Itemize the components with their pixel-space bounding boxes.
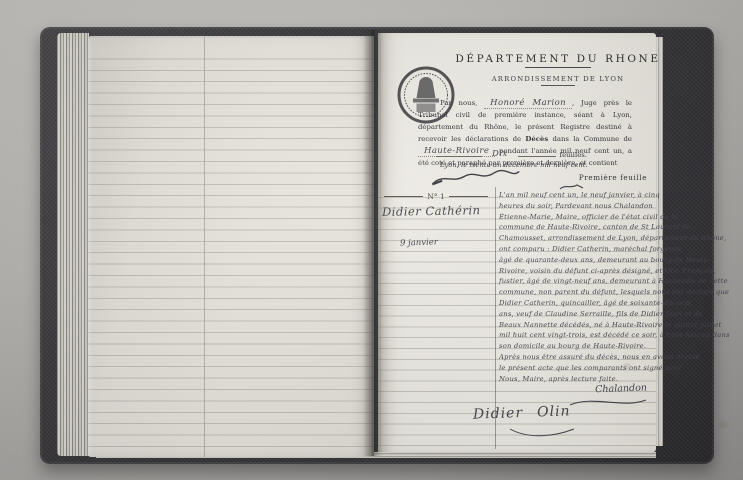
paper-stain	[623, 363, 631, 369]
paper-stain	[718, 421, 728, 428]
right-page-content: DÉPARTEMENT DU RHONE ARRONDISSEMENT DE L…	[378, 33, 656, 452]
sheet-count-row: Dix feuilles.	[436, 149, 587, 159]
act-lines: L'an mil neuf cent un, le neuf janvier, …	[499, 190, 651, 384]
judge-name-handwritten: Honoré Marion	[484, 98, 572, 109]
act-line: Didier Catherin, quincailler, âgé de soi…	[499, 298, 651, 309]
declarant-signature-2: Olin	[537, 403, 571, 420]
act-line: son domicile au bourg de Haute-Rivoire.	[499, 341, 651, 352]
act-line: Rivoire, voisin du défunt ci-après désig…	[499, 266, 651, 277]
act-line: heures du soir, Pardevant nous Chalandon	[499, 201, 651, 212]
act-line: Beaux Nannette décédés, né à Haute-Rivoi…	[499, 320, 651, 331]
department-underline	[525, 67, 591, 68]
act-line: L'an mil neuf cent un, le neuf janvier, …	[499, 190, 651, 201]
correction-mark-icon	[559, 183, 585, 191]
arrondissement-underline	[541, 85, 575, 86]
declarant-signature-tail-icon	[508, 425, 578, 439]
feuilles-word: feuilles.	[560, 151, 587, 159]
blank-rule	[518, 156, 556, 157]
act-line: âgé de quarante-deux ans, demeurant au b…	[499, 255, 651, 266]
number-dash-right	[449, 196, 488, 197]
page-stack-left-edge	[57, 33, 89, 456]
margin-deceased-name: Didier Cathérin	[382, 203, 481, 219]
act-line: Après nous être assuré du décès, nous en…	[499, 352, 651, 363]
number-dash-left	[384, 196, 423, 197]
act-line: Étienne-Marie, Maire, officier de l'état…	[499, 212, 651, 223]
declarant-signatures: DidierOlin	[473, 403, 571, 422]
sheet-count-handwritten: Dix	[486, 149, 514, 159]
deces-word: Décès	[525, 135, 548, 143]
act-number-row: N° 1	[384, 192, 488, 201]
act-line: commune, non parent du défunt, lesquels …	[499, 287, 651, 298]
premiere-feuille-label: Première feuille	[558, 173, 668, 182]
mayor-signature-swash-icon	[568, 397, 648, 409]
right-register-page: DÉPARTEMENT DU RHONE ARRONDISSEMENT DE L…	[378, 33, 656, 452]
department-title: DÉPARTEMENT DU RHONE	[438, 53, 678, 65]
photograph-background: DÉPARTEMENT DU RHONE ARRONDISSEMENT DE L…	[0, 0, 743, 480]
act-line: mil huit cent vingt-trois, est décédé ce…	[499, 330, 651, 341]
preamble-before-commune: dans la Commune de	[548, 135, 632, 143]
act-line: ont comparu : Didier Catherin, maréchal …	[499, 244, 651, 255]
page-header: DÉPARTEMENT DU RHONE ARRONDISSEMENT DE L…	[438, 53, 678, 86]
declarant-signature-1: Didier	[473, 405, 524, 423]
arrondissement-title: ARRONDISSEMENT DE LYON	[438, 75, 678, 83]
act-number-label: N° 1	[427, 192, 444, 201]
blank-rule	[436, 156, 482, 157]
preamble-intro: Par nous,	[440, 99, 484, 107]
act-text-body: L'an mil neuf cent un, le neuf janvier, …	[499, 190, 651, 384]
act-line: commune de Haute-Rivoire, canton de St L…	[499, 222, 651, 233]
margin-act-date: 9 janvier	[400, 237, 438, 248]
judge-signature-flourish-icon	[430, 167, 523, 188]
left-blank-ruled-page	[88, 36, 374, 457]
act-line: Chamousset, arrondissement de Lyon, dépa…	[499, 233, 651, 244]
act-line: ans, veuf de Claudine Serraille, fils de…	[499, 309, 651, 320]
act-line: fustier, âgé de vingt-neuf ans, demeuran…	[499, 276, 651, 287]
